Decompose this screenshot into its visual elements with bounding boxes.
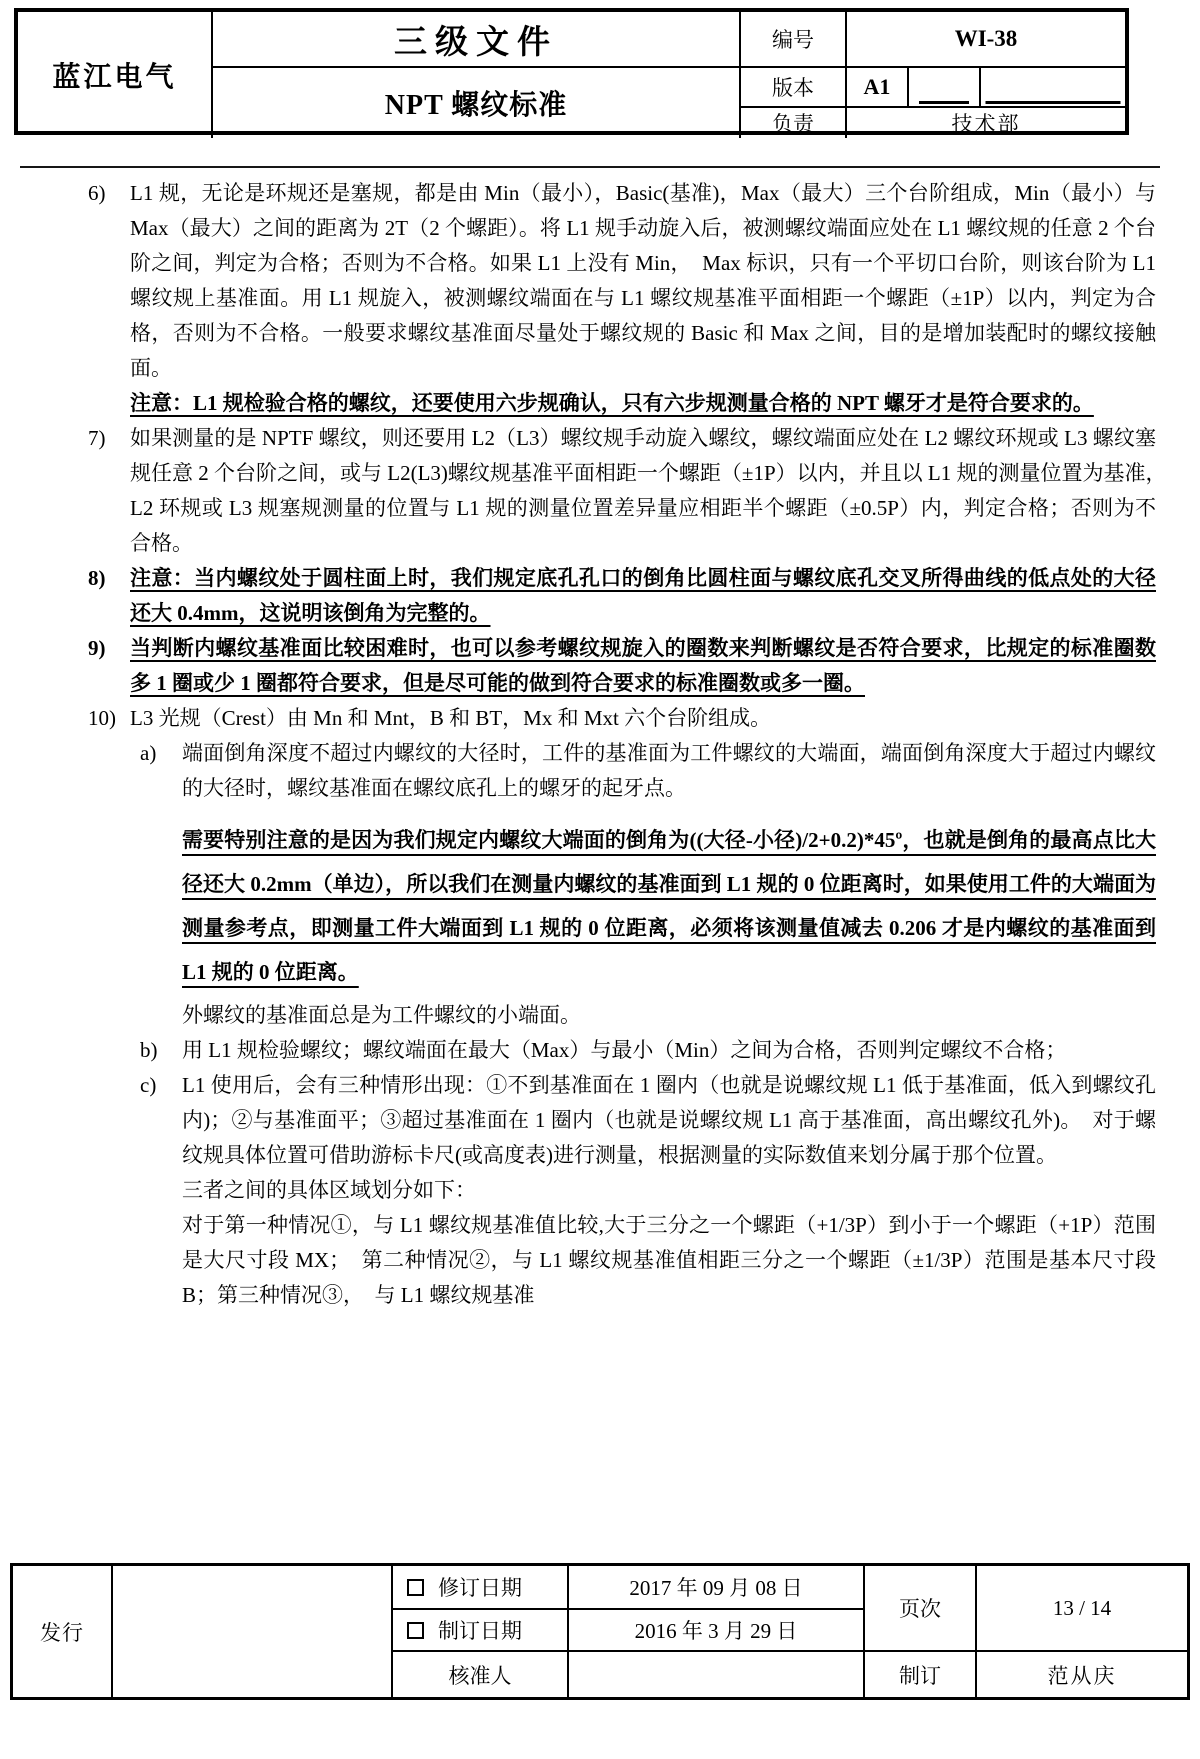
item-text: 注意：当内螺纹处于圆柱面上时，我们规定底孔孔口的倒角比圆柱面与螺纹底孔交叉所得曲…: [130, 561, 1156, 631]
item-number: 7): [88, 421, 130, 561]
item-text: L3 光规（Crest）由 Mn 和 Mnt，B 和 BT，Mx 和 Mxt 六…: [130, 701, 1156, 736]
document-body: 6) L1 规，无论是环规还是塞规，都是由 Min（最小），Basic(基准)，…: [88, 176, 1156, 1313]
list-item-10: 10) L3 光规（Crest）由 Mn 和 Mnt，B 和 BT，Mx 和 M…: [88, 701, 1156, 1313]
version-blank-cell-2: [981, 68, 1125, 106]
list-item-7: 7) 如果测量的是 NPTF 螺纹，则还要用 L2（L3）螺纹规手动旋入螺纹，螺…: [88, 421, 1156, 561]
sub-item-c: c) L1 使用后，会有三种情形出现：①不到基准面在 1 圈内（也就是说螺纹规 …: [140, 1068, 1156, 1313]
document-level-title: 三级文件: [213, 12, 741, 68]
item-number: 9): [88, 631, 130, 701]
page-value: 13 / 14: [977, 1566, 1187, 1652]
author-value: 范从庆: [977, 1652, 1187, 1697]
list-item-8: 8) 注意：当内螺纹处于圆柱面上时，我们规定底孔孔口的倒角比圆柱面与螺纹底孔交叉…: [88, 561, 1156, 631]
checkbox-icon: [407, 1579, 424, 1596]
sub-item-line: 三者之间的具体区域划分如下：: [182, 1173, 1156, 1208]
code-label: 编号: [741, 12, 847, 68]
created-date-label-text: 制订日期: [438, 1615, 522, 1645]
item-number: 6): [88, 176, 130, 421]
author-label: 制订: [865, 1652, 977, 1697]
revision-date-value: 2017 年 09 月 08 日: [569, 1566, 865, 1610]
page-label: 页次: [865, 1566, 977, 1652]
created-date-value: 2016 年 3 月 29 日: [569, 1610, 865, 1652]
document-footer-table: 发行 修订日期 2017 年 09 月 08 日 制订日期 2016 年 3 月…: [10, 1563, 1190, 1700]
version-row: A1: [847, 68, 1125, 108]
checkbox-icon: [407, 1622, 424, 1639]
item-number: 10): [88, 701, 130, 1313]
version-blank-cell-1: [909, 68, 981, 106]
document-title: NPT 螺纹标准: [213, 68, 741, 138]
sub-item-note: 需要特别注意的是因为我们规定内螺纹大端面的倒角为((大径-小径)/2+0.2)*…: [182, 818, 1156, 994]
sub-item-number: b): [140, 1033, 182, 1068]
item-text: L1 规，无论是环规还是塞规，都是由 Min（最小），Basic(基准)，Max…: [130, 176, 1156, 386]
item-text: 如果测量的是 NPTF 螺纹，则还要用 L2（L3）螺纹规手动旋入螺纹，螺纹端面…: [130, 421, 1156, 561]
version-value: A1: [847, 68, 909, 106]
document-header-table: 蓝江电气 三级文件 NPT 螺纹标准 编号 版本 负责 WI-38 A1 技术部: [14, 8, 1129, 135]
item-number: 8): [88, 561, 130, 631]
issue-label: 发行: [13, 1566, 113, 1697]
created-date-label: 制订日期: [393, 1610, 569, 1652]
sub-item-tail: 外螺纹的基准面总是为工件螺纹的小端面。: [182, 998, 1156, 1033]
sub-item-number: a): [140, 736, 182, 1033]
item-note: 注意：L1 规检验合格的螺纹，还要使用六步规确认，只有六步规测量合格的 NPT …: [130, 386, 1156, 421]
list-item-6: 6) L1 规，无论是环规还是塞规，都是由 Min（最小），Basic(基准)，…: [88, 176, 1156, 421]
sub-item-line: 对于第一种情况①，与 L1 螺纹规基准值比较,大于三分之一个螺距（+1/3P）到…: [182, 1208, 1156, 1313]
sub-item-b: b) 用 L1 规检验螺纹；螺纹端面在最大（Max）与最小（Min）之间为合格，…: [140, 1033, 1156, 1068]
header-divider-rule: [20, 166, 1160, 168]
version-label: 版本: [741, 68, 847, 108]
approver-value-cell: [569, 1652, 865, 1697]
owner-value: 技术部: [847, 108, 1125, 138]
sub-item-text: 端面倒角深度不超过内螺纹的大径时，工件的基准面为工件螺纹的大端面，端面倒角深度大…: [182, 736, 1156, 806]
owner-label: 负责: [741, 108, 847, 138]
sub-item-text: 用 L1 规检验螺纹；螺纹端面在最大（Max）与最小（Min）之间为合格，否则判…: [182, 1033, 1156, 1068]
item-text: 当判断内螺纹基准面比较困难时，也可以参考螺纹规旋入的圈数来判断螺纹是否符合要求，…: [130, 631, 1156, 701]
signature-line: [919, 101, 969, 104]
revision-date-label: 修订日期: [393, 1566, 569, 1610]
list-item-9: 9) 当判断内螺纹基准面比较困难时，也可以参考螺纹规旋入的圈数来判断螺纹是否符合…: [88, 631, 1156, 701]
code-value: WI-38: [847, 12, 1125, 68]
sub-item-number: c): [140, 1068, 182, 1313]
issue-blank-cell: [113, 1566, 393, 1697]
company-name: 蓝江电气: [18, 12, 213, 138]
approver-label: 核准人: [393, 1652, 569, 1697]
sub-item-a: a) 端面倒角深度不超过内螺纹的大径时，工件的基准面为工件螺纹的大端面，端面倒角…: [140, 736, 1156, 1033]
signature-line: [986, 101, 1121, 104]
revision-date-label-text: 修订日期: [438, 1572, 522, 1602]
sub-item-text: L1 使用后，会有三种情形出现：①不到基准面在 1 圈内（也就是说螺纹规 L1 …: [182, 1068, 1156, 1173]
